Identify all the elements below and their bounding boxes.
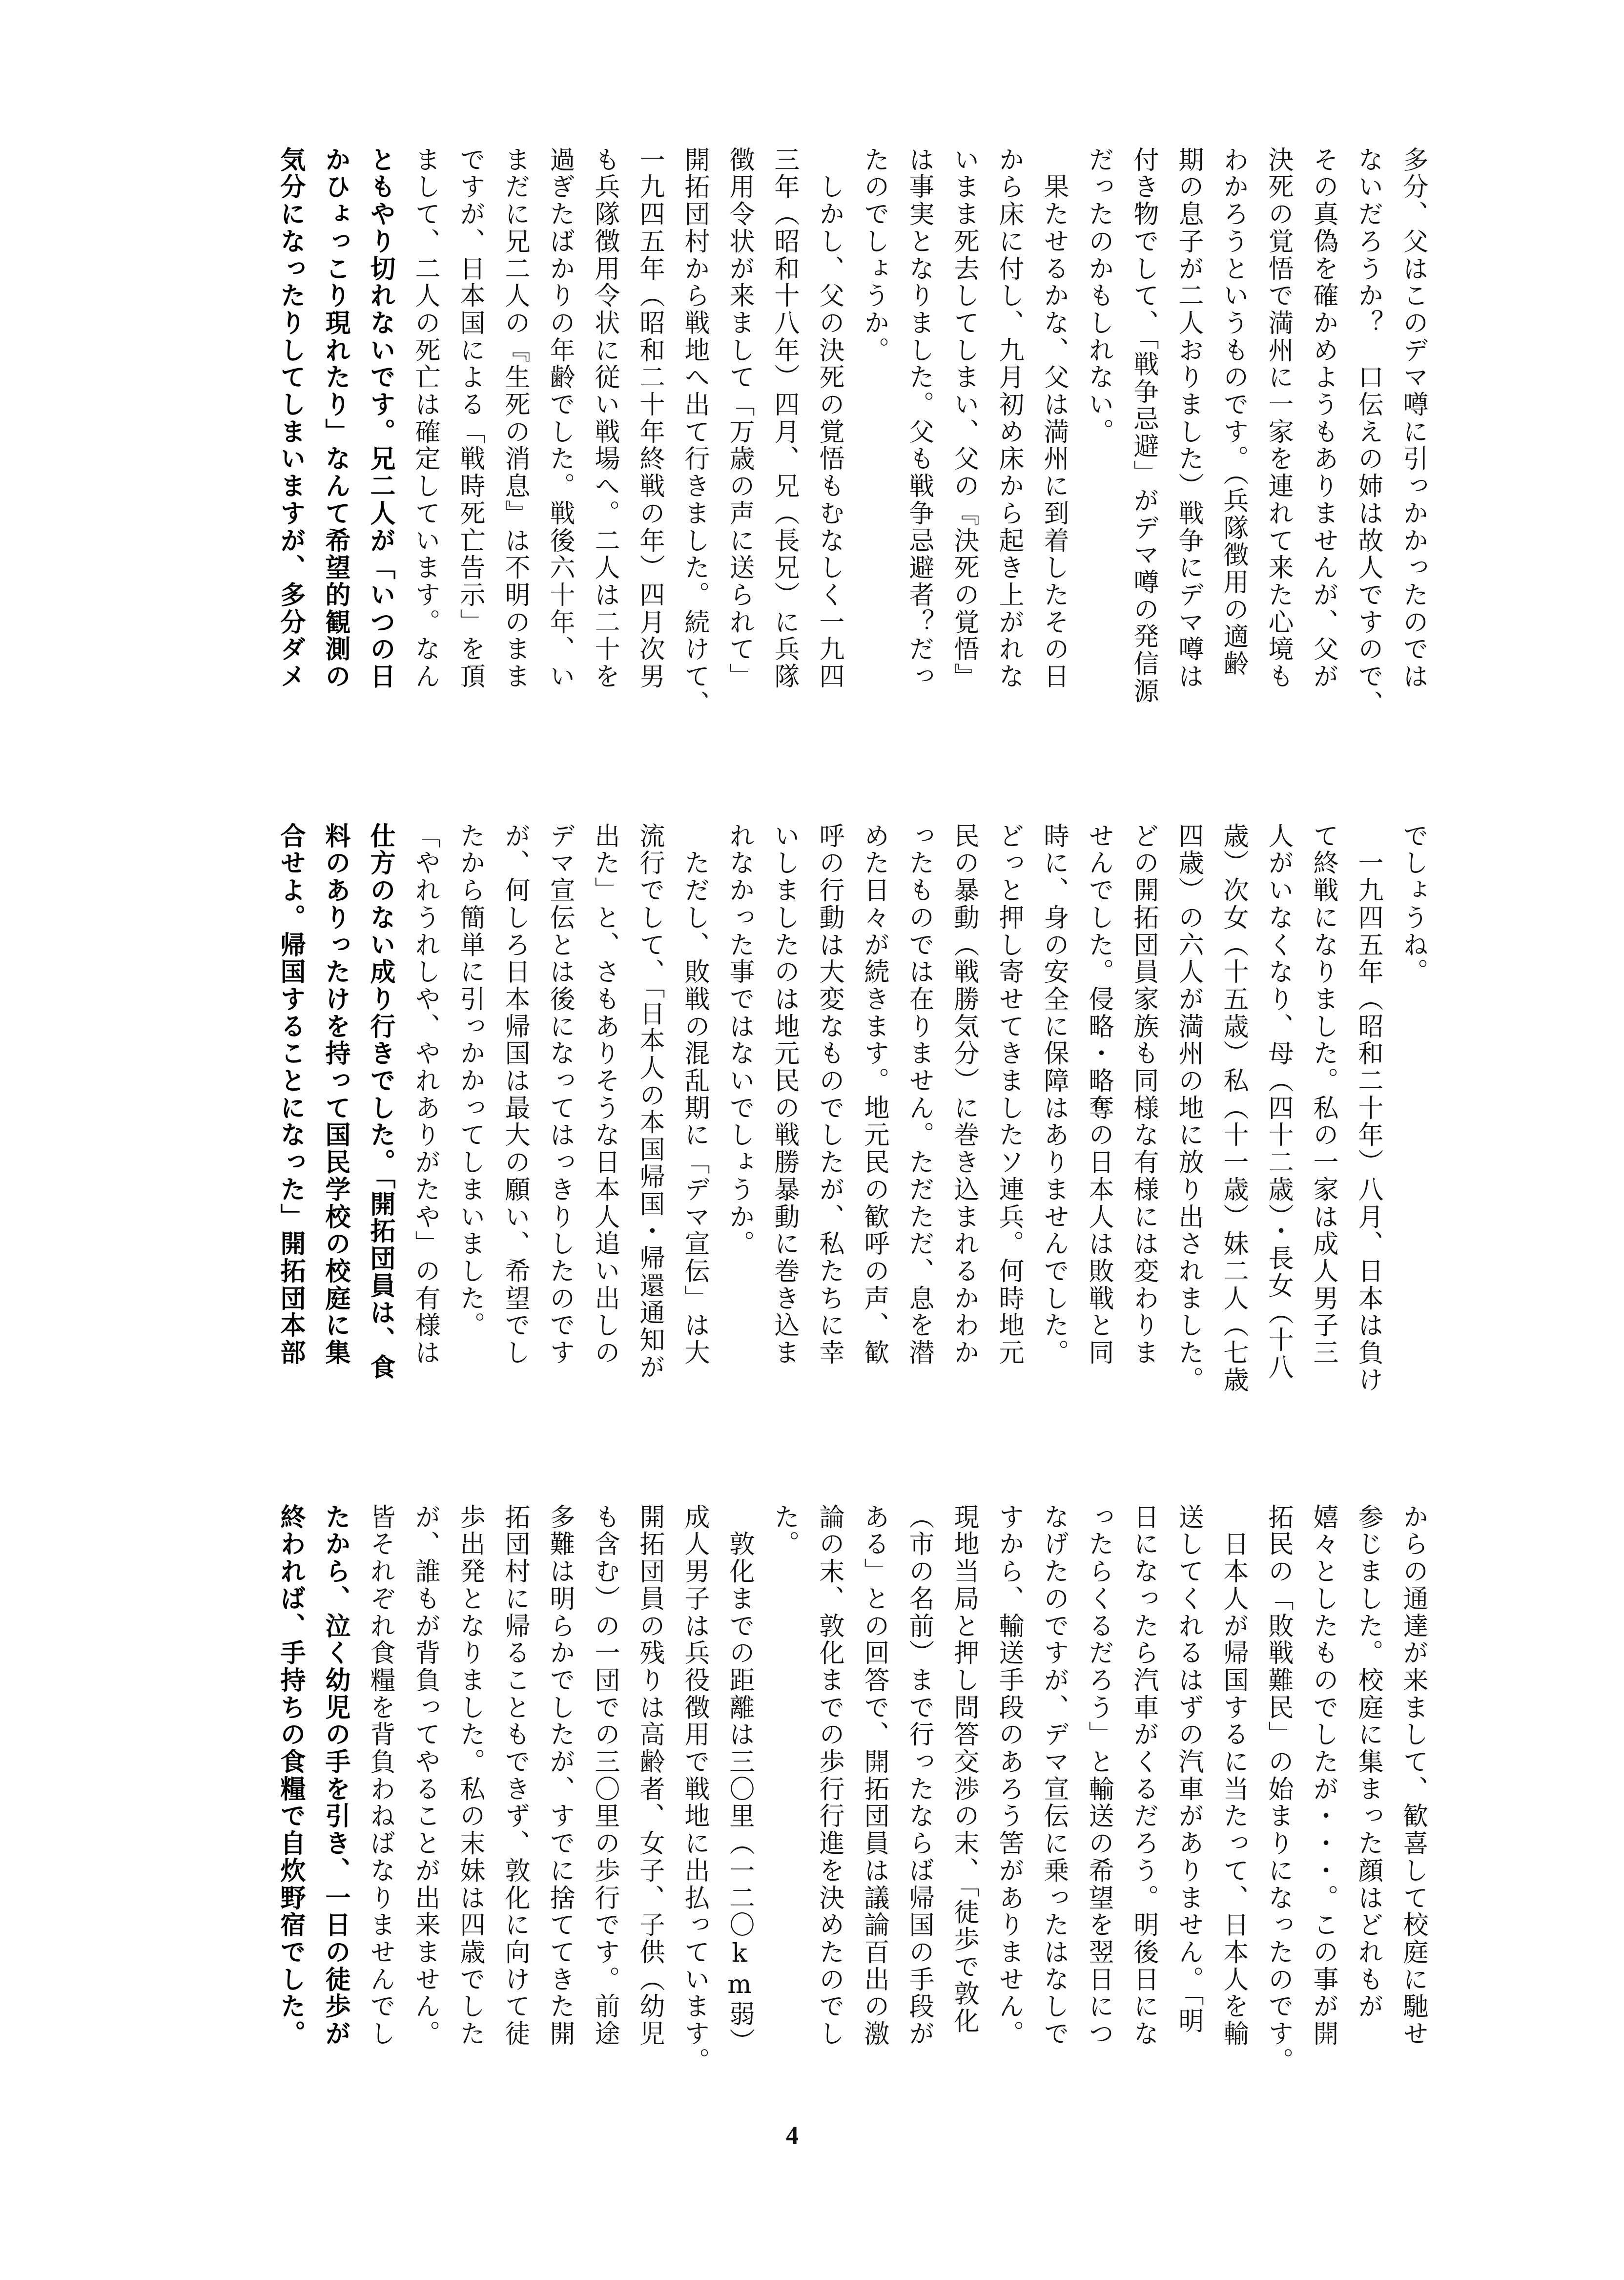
text-column: 付き物でして、「戦争忌避」がデマ噂の発信源 [1129, 146, 1158, 705]
text-column: ただし、敗戦の混乱期に「デマ宣伝」は大 [680, 823, 709, 1367]
text-column: 拓民の「敗戦難民」の始まりになったのです。 [1264, 1504, 1293, 2075]
text-column: 期の息子が二人おりました）戦争にデマ噂は [1174, 146, 1203, 690]
text-column: （市の名前）まで行ったならば帰国の手段が [905, 1504, 934, 2048]
text-column: は事実となりました。父も戦争忌避者？だっ [905, 146, 934, 690]
text-column: めた日々が続きます。地元民の歓呼の声、歓 [860, 823, 889, 1367]
text-column: た。 [770, 1504, 799, 1558]
text-column: 出た」と、さもありそうな日本人追い出しの [590, 823, 619, 1367]
text-column: いまま死去してしまい、父の『決死の覚悟』 [949, 146, 979, 690]
text-column: 時に、身の安全に保障はありませんでした。 [1039, 823, 1069, 1367]
text-column: 四歳）の六人が満州の地に放り出されました。 [1174, 823, 1203, 1394]
document-page: 多分、父はこのデマ噂に引っかかったのではないだろうか？ 口伝えの姉は故人ですので… [0, 0, 1624, 2280]
text-column: ある」との回答で、開拓団員は議論百出の激 [860, 1504, 889, 2048]
text-column: まして、二人の死亡は確定しています。なん [411, 146, 440, 690]
text-column: 論の末、敦化までの歩行行進を決めたのでし [815, 1504, 844, 2048]
text-column: たから、泣く幼児の手を引き、一日の徒歩が [321, 1504, 350, 2048]
text-column: 民の暴動（戦勝気分）に巻き込まれるかわか [949, 823, 979, 1367]
text-column: 流行でして、「日本人の本国帰国・帰還通知が [635, 823, 664, 1381]
text-column: せんでした。侵略・略奪の日本人は敗戦と同 [1084, 823, 1113, 1367]
page-number: 4 [786, 2121, 799, 2150]
text-column: ったらくるだろう」と輸送の希望を翌日につ [1084, 1504, 1113, 2048]
text-column: 一九四五年（昭和二十年）八月、日本は負け [1354, 823, 1383, 1394]
text-column: 成人男子は兵役徴用で戦地に出払っています。 [680, 1504, 709, 2075]
text-column: も兵隊徴用令状に従い戦場へ。二人は二十を [590, 146, 619, 690]
text-column: なげたのですが、デマ宣伝に乗ったはなしで [1039, 1504, 1069, 2048]
text-column: 送してくれるはずの汽車がありません。「明 [1174, 1504, 1203, 2035]
text-column: 終われば、手持ちの食糧で自炊野宿でした。 [276, 1504, 305, 2048]
text-column: 日本人が帰国するに当たって、日本人を輸 [1219, 1504, 1248, 2048]
text-column: すから、輸送手段のあろう筈がありません。 [994, 1504, 1024, 2048]
text-column: 多分、父はこのデマ噂に引っかかったのでは [1398, 146, 1428, 690]
text-column: しかし、父の決死の覚悟もむなしく一九四 [815, 146, 844, 690]
text-column: どの開拓団員家族も同様な有様には変わりま [1129, 823, 1158, 1367]
text-column: たから簡単に引っかかってしまいました。 [455, 823, 485, 1339]
text-column: 歩出発となりました。私の末妹は四歳でした [455, 1504, 485, 2048]
text-column: 参じました。校庭に集まった顔はどれもが [1354, 1504, 1383, 2020]
text-column: ないだろうか？ 口伝えの姉は故人ですので、 [1354, 146, 1383, 718]
text-column: 徴用令状が来まして「万歳の声に送られて」 [725, 146, 754, 690]
text-column: だったのかもしれない。 [1084, 146, 1113, 446]
text-column: ですが、日本国による「戦時死亡告示」を頂 [455, 146, 485, 690]
text-column: 敦化までの距離は三〇里（一二〇km弱） [725, 1504, 754, 2055]
text-column: どっと押し寄せてきましたソ連兵。何時地元 [994, 823, 1024, 1367]
text-column: たのでしょうか。 [860, 146, 889, 364]
text-column: 決死の覚悟で満州に一家を連れて来た心境も [1264, 146, 1293, 690]
text-column: 呼の行動は大変なものでしたが、私たちに幸 [815, 823, 844, 1367]
text-column: でしょうね。 [1398, 823, 1428, 986]
text-column: まだに兄二人の『生死の消息』は不明のまま [500, 146, 530, 690]
text-column: が、誰もが背負ってやることが出来ません。 [411, 1504, 440, 2048]
text-column: 日になったら汽車がくるだろう。明後日にな [1129, 1504, 1158, 2048]
text-column: 開拓団村から戦地へ出て行きました。続けて、 [680, 146, 709, 718]
text-column: れなかった事ではないでしょうか。 [725, 823, 754, 1258]
text-column: 歳）次女（十五歳）私（十一歳）妹二人（七歳 [1219, 823, 1248, 1394]
text-column: 「やれうれしや、やれありがたや」の有様は [411, 823, 440, 1367]
text-column: 一九四五年（昭和二十年終戦の年）四月次男 [635, 146, 664, 690]
text-column: 人がいなくなり、母（四十二歳）・長女（十八 [1264, 823, 1293, 1381]
text-column: 過ぎたばかりの年齢でした。戦後六十年、い [545, 146, 575, 690]
text-column: 仕方のない成り行きでした。「開拓団員は、食 [366, 823, 395, 1381]
text-column: 料のありったけを持って国民学校の校庭に集 [321, 823, 350, 1367]
text-column: 果たせるかな、父は満州に到着したその日 [1039, 146, 1069, 690]
text-column: 拓団村に帰ることもできず、敦化に向けて徒 [500, 1504, 530, 2048]
text-column: 気分になったりしてしまいますが、多分ダメ [276, 146, 305, 690]
text-column: 開拓団員の残りは高齢者、女子、子供（幼児 [635, 1504, 664, 2048]
text-column: から床に付し、九月初め床から起き上がれな [994, 146, 1024, 690]
text-column: 現地当局と押し問答交渉の末、「徒歩で敦化 [949, 1504, 979, 2035]
text-column: デマ宣伝とは後になってはっきりしたのです [545, 823, 575, 1367]
text-column: 多難は明らかでしたが、すでに捨ててきた開 [545, 1504, 575, 2048]
text-column: 合せよ。帰国することになった」開拓団本部 [276, 823, 305, 1367]
text-column: 嬉々としたものでしたが・・・。この事が開 [1309, 1504, 1338, 2048]
text-column: その真偽を確かめようもありませんが、父が [1309, 146, 1338, 690]
text-column: わかろうというものです。（兵隊徴用の適齢 [1219, 146, 1248, 678]
text-column: ともやり切れないです。兄二人が「いつの日 [366, 146, 395, 690]
text-column: ったものでは在りません。ただただ、息を潜 [905, 823, 934, 1367]
text-column: て終戦になりました。私の一家は成人男子三 [1309, 823, 1338, 1367]
text-column: いしましたのは地元民の戦勝暴動に巻き込ま [770, 823, 799, 1367]
text-column: が、何しろ日本帰国は最大の願い、希望でし [500, 823, 530, 1367]
text-column: 皆それぞれ食糧を背負わねばなりませんでし [366, 1504, 395, 2048]
text-column: 三年（昭和十八年）四月、兄（長兄）に兵隊 [770, 146, 799, 690]
text-column: も含む）の一団での三〇里の歩行です。前途 [590, 1504, 619, 2048]
text-column: かひょっこり現れたり」なんて希望的観測の [321, 146, 350, 690]
text-column: からの通達が来まして、歓喜して校庭に馳せ [1398, 1504, 1428, 2048]
